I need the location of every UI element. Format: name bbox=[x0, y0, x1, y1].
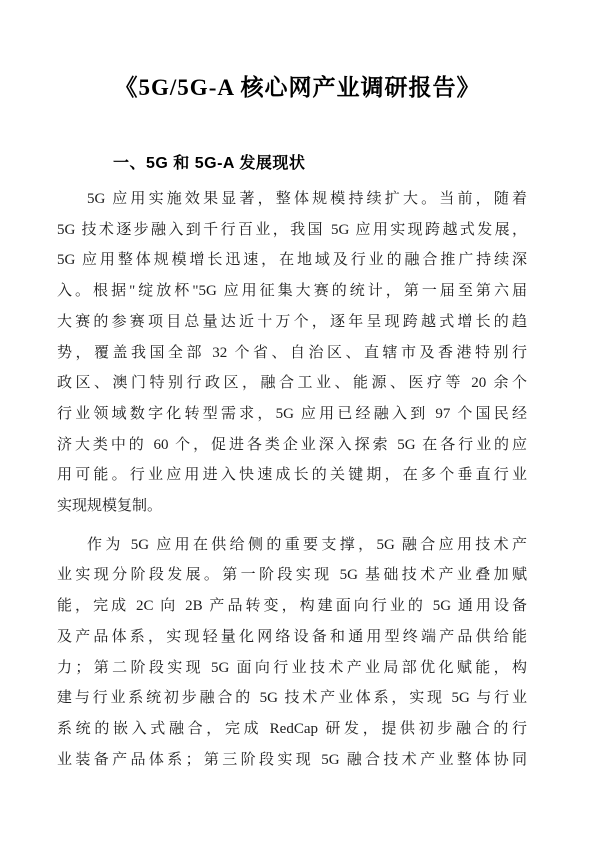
text-line: 业实现分阶段发展。第一阶段实现 5G 基础技术产业叠加赋 bbox=[57, 560, 527, 591]
paragraph: 作为 5G 应用在供给侧的重要支撑，5G 融合应用技术产业实现分阶段发展。第一阶… bbox=[57, 530, 527, 776]
text-line: 实现规模复制。 bbox=[57, 491, 527, 522]
text-line: 建与行业系统初步融合的 5G 技术产业体系，实现 5G 与行业 bbox=[57, 683, 527, 714]
document-title: 《5G/5G-A 核心网产业调研报告》 bbox=[0, 72, 595, 104]
text-line: 能，完成 2C 向 2B 产品转变，构建面向行业的 5G 通用设备 bbox=[57, 591, 527, 622]
text-line: 及产品体系，实现轻量化网络设备和通用型终端产品供给能 bbox=[57, 622, 527, 653]
text-line: 系统的嵌入式融合，完成 RedCap 研发，提供初步融合的行 bbox=[57, 714, 527, 745]
text-line: 入。根据"绽放杯"5G 应用征集大赛的统计，第一届至第六届 bbox=[57, 276, 527, 307]
text-line: 势，覆盖我国全部 32 个省、自治区、直辖市及香港特别行 bbox=[57, 338, 527, 369]
text-line: 5G 技术逐步融入到千行百业，我国 5G 应用实现跨越式发展， bbox=[57, 215, 527, 246]
text-line: 政区、澳门特别行政区，融合工业、能源、医疗等 20 余个 bbox=[57, 368, 527, 399]
document-page: 《5G/5G-A 核心网产业调研报告》 一、5G 和 5G-A 发展现状 5G … bbox=[0, 0, 595, 841]
text-line: 力；第二阶段实现 5G 面向行业技术产业局部优化赋能，构 bbox=[57, 653, 527, 684]
text-line: 济大类中的 60 个，促进各类企业深入探索 5G 在各行业的应 bbox=[57, 430, 527, 461]
text-line: 行业领域数字化转型需求，5G 应用已经融入到 97 个国民经 bbox=[57, 399, 527, 430]
text-line: 作为 5G 应用在供给侧的重要支撑，5G 融合应用技术产 bbox=[57, 530, 527, 561]
text-line: 用可能。行业应用进入快速成长的关键期，在多个垂直行业 bbox=[57, 460, 527, 491]
text-line: 5G 应用实施效果显著，整体规模持续扩大。当前，随着 bbox=[57, 184, 527, 215]
text-line: 大赛的参赛项目总量达近十万个，逐年呈现跨越式增长的趋 bbox=[57, 307, 527, 338]
text-line: 业装备产品体系；第三阶段实现 5G 融合技术产业整体协同 bbox=[57, 745, 527, 776]
text-line: 5G 应用整体规模增长迅速，在地域及行业的融合推广持续深 bbox=[57, 245, 527, 276]
section-heading: 一、5G 和 5G-A 发展现状 bbox=[113, 153, 595, 175]
paragraph: 5G 应用实施效果显著，整体规模持续扩大。当前，随着5G 技术逐步融入到千行百业… bbox=[57, 184, 527, 522]
